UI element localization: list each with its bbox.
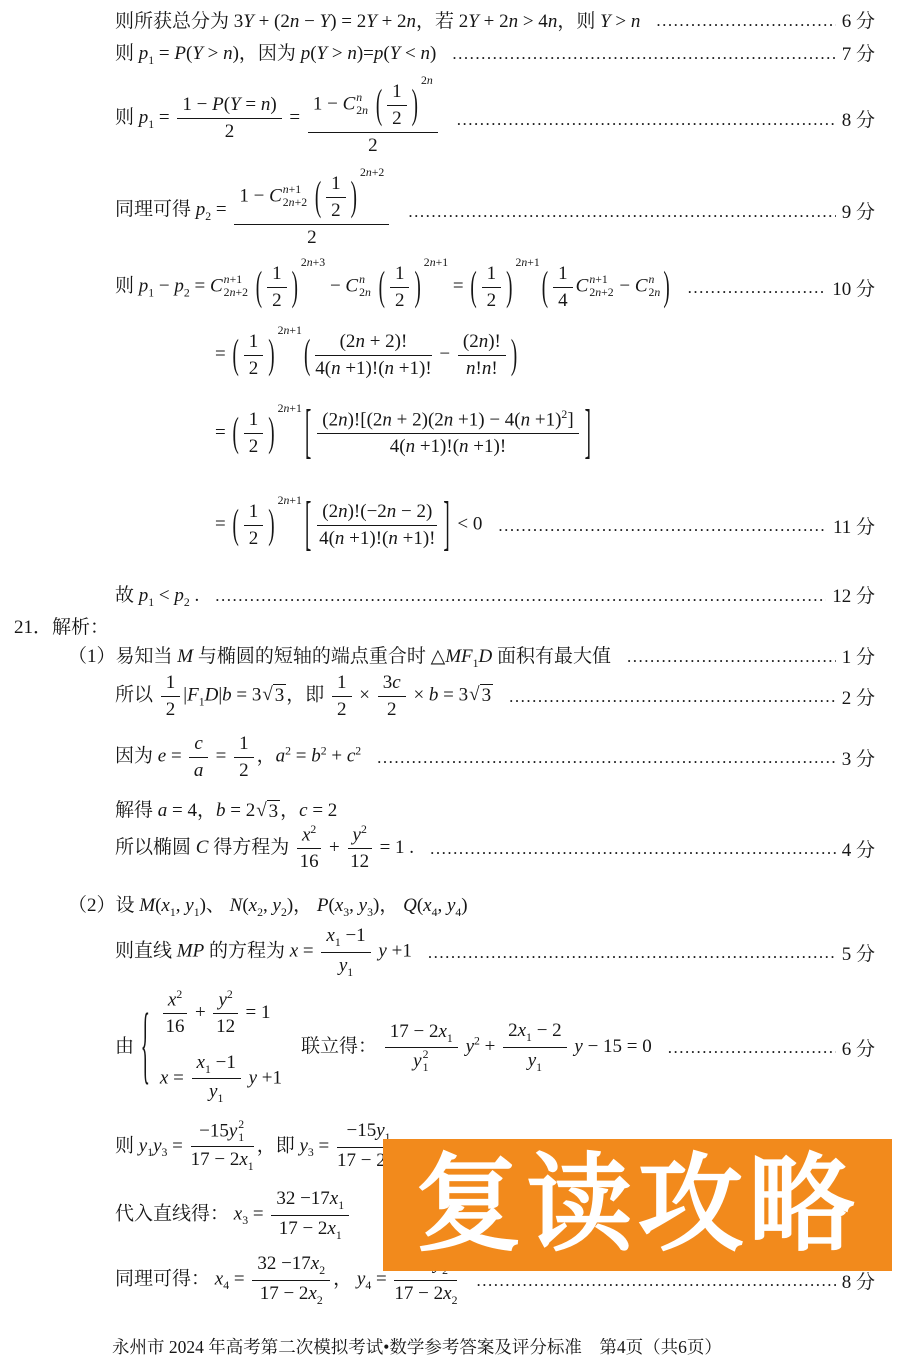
line-content: 解得 a = 4，b = 2√3，c = 2 <box>115 795 337 824</box>
dotted-leader <box>627 646 836 666</box>
dotted-leader <box>656 10 835 30</box>
line-content: 则 p1 = P(Y > n)，因为 p(Y > n)=p(Y < n) <box>115 38 436 68</box>
score-label: 2 分 <box>842 683 875 710</box>
line-content: 则直线 MP 的方程为 x = x1 −1y1 y +1 <box>115 924 412 980</box>
dotted-leader <box>457 109 836 129</box>
solution-line: 故 p1 < p2 .12 分 <box>115 580 875 610</box>
line-content: 21．解析： <box>14 612 109 639</box>
dotted-leader <box>215 585 826 605</box>
solution-line: （2）设 M(x1, y1)、 N(x2, y2)， P(x3, y3)， Q(… <box>68 890 875 920</box>
score-label: 6 分 <box>842 6 875 33</box>
dotted-leader <box>430 838 836 858</box>
line-content: = (12)2n+1((2n + 2)!4(n +1)!(n +1)! − (2… <box>215 330 519 381</box>
line-content: 所以 12|F1D|b = 3√3，即 12 × 3c2 × b = 3√3 <box>115 671 493 722</box>
line-content: 则 y1y3 = −15y2117 − 2x1，即 y3 = −15y117 −… <box>115 1119 403 1175</box>
page-footer: 永州市 2024 年高考第二次模拟考试•数学参考答案及评分标准 第4页（共6页） <box>112 1334 722 1359</box>
dotted-leader <box>509 686 836 706</box>
line-content: （1）易知当 M 与椭圆的短轴的端点重合时 △MF1D 面积有最大值 <box>68 641 611 671</box>
solution-line: 由 {x216 + y212 = 1x = x1 −1y1 y +1 联立得： … <box>115 988 875 1107</box>
score-label: 11 分 <box>833 512 875 539</box>
solution-line: 则所获总分为 3Y + (2n − Y) = 2Y + 2n，若 2Y + 2n… <box>115 6 875 33</box>
dotted-leader <box>476 1270 835 1290</box>
score-label: 10 分 <box>832 274 875 301</box>
line-content: = (12)2n+1[(2n)![(2n + 2)(2n +1) − 4(n +… <box>215 408 594 459</box>
line-content: 代入直线得： x3 = 32 −17x117 − 2x1 <box>115 1187 352 1243</box>
line-content: 所以椭圆 C 得方程为 x216 + y212 = 1 . <box>115 823 414 874</box>
solution-line: 则 p1 = P(Y > n)，因为 p(Y > n)=p(Y < n)7 分 <box>115 38 875 68</box>
dotted-leader <box>498 515 827 535</box>
solution-line: 解得 a = 4，b = 2√3，c = 2 <box>115 795 875 824</box>
line-content: 故 p1 < p2 . <box>115 580 199 610</box>
line-content: 则 p1 = 1 − P(Y = n)2 = 1 − Cn2n (12)2n2 <box>115 80 441 157</box>
dotted-leader <box>377 747 836 767</box>
score-label: 1 分 <box>842 642 875 669</box>
solution-line: （1）易知当 M 与椭圆的短轴的端点重合时 △MF1D 面积有最大值1 分 <box>68 641 875 671</box>
line-content: 则所获总分为 3Y + (2n − Y) = 2Y + 2n，若 2Y + 2n… <box>115 6 640 33</box>
solution-line: 所以椭圆 C 得方程为 x216 + y212 = 1 .4 分 <box>115 823 875 874</box>
solution-line: = (12)2n+1[(2n)![(2n + 2)(2n +1) − 4(n +… <box>215 408 875 459</box>
solution-line: = (12)2n+1[(2n)!(−2n − 2)4(n +1)!(n +1)!… <box>215 500 875 551</box>
watermark-text: 复读攻略 <box>416 1152 860 1258</box>
solution-line: 则直线 MP 的方程为 x = x1 −1y1 y +15 分 <box>115 924 875 980</box>
line-content: 同理可得 p2 = 1 − Cn+12n+2 (12)2n+22 <box>115 172 392 249</box>
watermark-banner: 复读攻略 <box>383 1139 892 1271</box>
solution-line: = (12)2n+1((2n + 2)!4(n +1)!(n +1)! − (2… <box>215 330 875 381</box>
line-content: 则 p1 − p2 = Cn+12n+2 (12)2n+3 − Cn2n (12… <box>115 262 672 313</box>
dotted-leader <box>668 1037 836 1057</box>
solution-line: 21．解析： <box>14 612 875 639</box>
line-content: （2）设 M(x1, y1)、 N(x2, y2)， P(x3, y3)， Q(… <box>68 890 468 920</box>
score-label: 5 分 <box>842 939 875 966</box>
score-label: 12 分 <box>832 581 875 608</box>
score-label: 7 分 <box>842 39 875 66</box>
solution-line: 所以 12|F1D|b = 3√3，即 12 × 3c2 × b = 3√32 … <box>115 671 875 722</box>
score-label: 3 分 <box>842 744 875 771</box>
score-label: 6 分 <box>842 1034 875 1061</box>
document-page: 则所获总分为 3Y + (2n − Y) = 2Y + 2n，若 2Y + 2n… <box>0 0 900 1369</box>
line-content: 因为 e = ca = 12，a2 = b2 + c2 <box>115 732 361 783</box>
score-label: 4 分 <box>842 835 875 862</box>
solution-line: 同理可得 p2 = 1 − Cn+12n+2 (12)2n+229 分 <box>115 172 875 249</box>
solution-line: 则 p1 − p2 = Cn+12n+2 (12)2n+3 − Cn2n (12… <box>115 262 875 313</box>
score-label: 9 分 <box>842 197 875 224</box>
line-content: 由 {x216 + y212 = 1x = x1 −1y1 y +1 联立得： … <box>115 988 652 1107</box>
score-label: 8 分 <box>842 105 875 132</box>
line-content: = (12)2n+1[(2n)!(−2n − 2)4(n +1)!(n +1)!… <box>215 500 482 551</box>
solution-line: 因为 e = ca = 12，a2 = b2 + c23 分 <box>115 732 875 783</box>
dotted-leader <box>688 277 827 297</box>
solution-line: 则 p1 = 1 − P(Y = n)2 = 1 − Cn2n (12)2n28… <box>115 80 875 157</box>
dotted-leader <box>408 201 835 221</box>
dotted-leader <box>452 43 835 63</box>
dotted-leader <box>428 942 836 962</box>
